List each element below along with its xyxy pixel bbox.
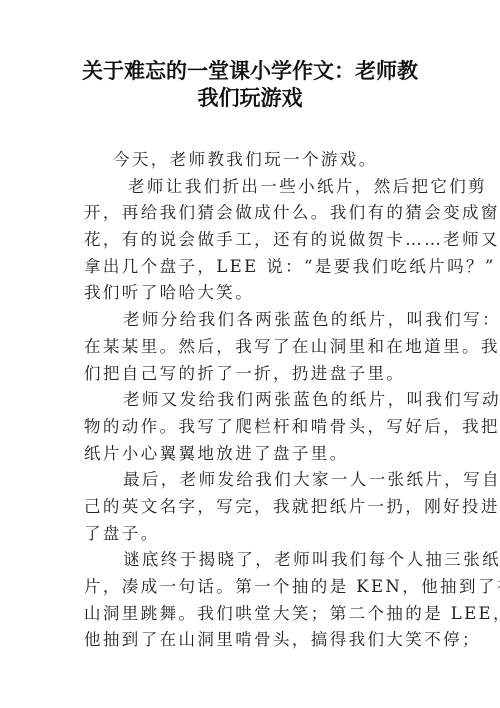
paragraph-line: 老师分给我们各两张蓝色的纸片，叫我们写：: [84, 307, 416, 334]
paragraph-line: 今天，老师教我们玩一个游戏。: [84, 147, 416, 174]
paragraph-line: 花，有的说会做手工，还有的说做贺卡……老师又: [84, 227, 416, 254]
paragraph-line: 纸片小心翼翼地放进了盘子里。: [84, 441, 416, 468]
paragraph-2: 老师让我们折出一些小纸片，然后把它们剪 开，再给我们猜会做成什么。我们有的猜会变…: [84, 174, 416, 307]
paragraph-line: 山洞里跳舞。我们哄堂大笑；第二个抽的是 LEE，: [84, 601, 416, 628]
paragraph-line: 最后，老师发给我们大家一人一张纸片，写自: [84, 467, 416, 494]
paragraph-line: 己的英文名字，写完，我就把纸片一扔，刚好投进: [84, 494, 416, 521]
paragraph-4: 老师又发给我们两张蓝色的纸片，叫我们写动 物的动作。我写了爬栏杆和啃骨头，写好后…: [84, 387, 416, 467]
paragraph-line: 老师又发给我们两张蓝色的纸片，叫我们写动: [84, 387, 416, 414]
article-title: 关于难忘的一堂课小学作文：老师教 我们玩游戏: [0, 58, 500, 111]
paragraph-3: 老师分给我们各两张蓝色的纸片，叫我们写： 在某某里。然后，我写了在山洞里和在地道…: [84, 307, 416, 387]
paragraph-line: 片，凑成一句话。第一个抽的是 KEN，他抽到了在: [84, 574, 416, 601]
paragraph-5: 最后，老师发给我们大家一人一张纸片，写自 己的英文名字，写完，我就把纸片一扔，刚…: [84, 467, 416, 547]
paragraph-line: 他抽到了在山洞里啃骨头，搞得我们大笑不停；: [84, 627, 416, 654]
title-line-2: 我们玩游戏: [0, 85, 500, 112]
paragraph-line: 我们听了哈哈大笑。: [84, 280, 416, 307]
title-line-1: 关于难忘的一堂课小学作文：老师教: [0, 58, 500, 85]
paragraph-line: 拿出几个盘子，LEE 说：“是要我们吃纸片吗？”: [84, 254, 416, 281]
paragraph-line: 了盘子。: [84, 521, 416, 548]
paragraph-line: 开，再给我们猜会做成什么。我们有的猜会变成窗: [84, 200, 416, 227]
paragraph-line: 们把自己写的折了一折，扔进盘子里。: [84, 361, 416, 388]
paragraph-line: 在某某里。然后，我写了在山洞里和在地道里。我: [84, 334, 416, 361]
paragraph-line: 物的动作。我写了爬栏杆和啃骨头，写好后，我把: [84, 414, 416, 441]
article-body: 今天，老师教我们玩一个游戏。 老师让我们折出一些小纸片，然后把它们剪 开，再给我…: [84, 147, 416, 654]
paragraph-line: 老师让我们折出一些小纸片，然后把它们剪: [84, 174, 416, 201]
paragraph-line: 谜底终于揭晓了，老师叫我们每个人抽三张纸: [84, 547, 416, 574]
paragraph-1: 今天，老师教我们玩一个游戏。: [84, 147, 416, 174]
document-page: 关于难忘的一堂课小学作文：老师教 我们玩游戏 今天，老师教我们玩一个游戏。 老师…: [0, 0, 500, 708]
paragraph-6: 谜底终于揭晓了，老师叫我们每个人抽三张纸 片，凑成一句话。第一个抽的是 KEN，…: [84, 547, 416, 654]
